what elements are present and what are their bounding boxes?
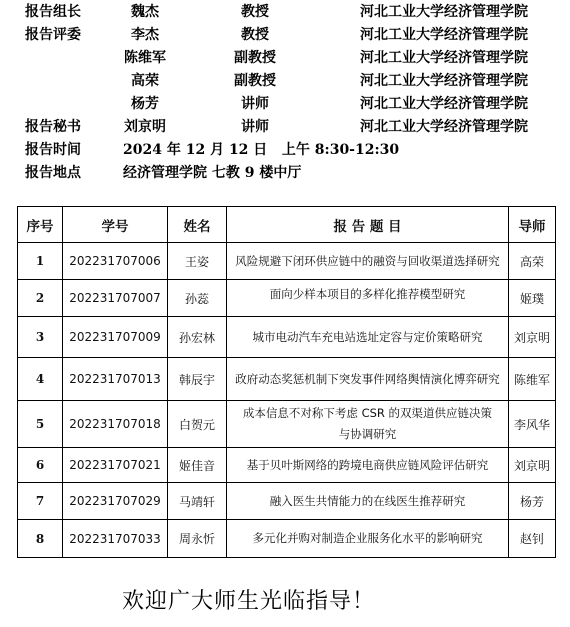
committee-row: 高荣 副教授 河北工业大学经济管理学院 xyxy=(0,70,570,93)
member-affiliation: 河北工业大学经济管理学院 xyxy=(360,116,528,139)
member-name: 刘京明 xyxy=(123,116,167,139)
table-row: 5 202231707018 白贺元 成本信息不对称下考虑 CSR 的双渠道供应… xyxy=(18,401,556,448)
cell-name: 马靖轩 xyxy=(168,483,227,520)
cell-topic: 面向少样本项目的多样化推荐模型研究 xyxy=(227,280,509,317)
cell-student-id: 202231707021 xyxy=(63,448,168,483)
cell-advisor: 刘京明 xyxy=(509,317,556,358)
member-affiliation: 河北工业大学经济管理学院 xyxy=(360,1,528,24)
member-affiliation: 河北工业大学经济管理学院 xyxy=(360,47,528,70)
cell-seq: 6 xyxy=(18,448,63,483)
cell-topic: 基于贝叶斯网络的跨境电商供应链风险评估研究 xyxy=(227,448,509,483)
time-value: 2024 年 12 月 12 日 上午 8:30-12:30 xyxy=(123,139,399,162)
table-header-row: 序号 学号 姓名 报 告 题 目 导师 xyxy=(18,207,556,243)
cell-advisor: 杨芳 xyxy=(509,483,556,520)
cell-advisor: 姬璞 xyxy=(509,280,556,317)
cell-student-id: 202231707033 xyxy=(63,520,168,558)
member-title: 讲师 xyxy=(226,116,284,139)
cell-topic: 政府动态奖惩机制下突发事件网络舆情演化博弈研究 xyxy=(227,358,509,401)
cell-student-id: 202231707006 xyxy=(63,243,168,280)
cell-seq: 4 xyxy=(18,358,63,401)
member-title: 教授 xyxy=(226,24,284,47)
table-row: 3 202231707009 孙宏林 城市电动汽车充电站选址定容与定价策略研究 … xyxy=(18,317,556,358)
member-title: 副教授 xyxy=(226,47,284,70)
committee-row: 报告组长 魏杰 教授 河北工业大学经济管理学院 xyxy=(0,1,570,24)
member-name: 魏杰 xyxy=(123,1,167,24)
cell-seq: 1 xyxy=(18,243,63,280)
cell-advisor: 李风华 xyxy=(509,401,556,448)
cell-student-id: 202231707013 xyxy=(63,358,168,401)
time-label: 报告时间 xyxy=(25,139,81,162)
cell-name: 王姿 xyxy=(168,243,227,280)
cell-topic: 多元化并购对制造企业服务化水平的影响研究 xyxy=(227,520,509,558)
cell-advisor: 刘京明 xyxy=(509,448,556,483)
member-affiliation: 河北工业大学经济管理学院 xyxy=(360,93,528,116)
cell-topic: 融入医生共情能力的在线医生推荐研究 xyxy=(227,483,509,520)
cell-student-id: 202231707009 xyxy=(63,317,168,358)
member-name: 李杰 xyxy=(123,24,167,47)
member-affiliation: 河北工业大学经济管理学院 xyxy=(360,70,528,93)
table-row: 7 202231707029 马靖轩 融入医生共情能力的在线医生推荐研究 杨芳 xyxy=(18,483,556,520)
committee-row: 陈维军 副教授 河北工业大学经济管理学院 xyxy=(0,47,570,70)
cell-advisor: 陈维军 xyxy=(509,358,556,401)
table-row: 6 202231707021 姬佳音 基于贝叶斯网络的跨境电商供应链风险评估研究… xyxy=(18,448,556,483)
committee-row: 报告秘书 刘京明 讲师 河北工业大学经济管理学院 xyxy=(0,116,570,139)
cell-seq: 7 xyxy=(18,483,63,520)
member-title: 教授 xyxy=(226,1,284,24)
role-label: 报告评委 xyxy=(25,24,81,47)
member-title: 副教授 xyxy=(226,70,284,93)
header-advisor: 导师 xyxy=(509,207,556,243)
committee-row: 报告评委 李杰 教授 河北工业大学经济管理学院 xyxy=(0,24,570,47)
cell-name: 孙蕊 xyxy=(168,280,227,317)
cell-student-id: 202231707018 xyxy=(63,401,168,448)
table-row: 8 202231707033 周永忻 多元化并购对制造企业服务化水平的影响研究 … xyxy=(18,520,556,558)
committee-row: 杨芳 讲师 河北工业大学经济管理学院 xyxy=(0,93,570,116)
cell-topic: 风险规避下闭环供应链中的融资与回收渠道选择研究 xyxy=(227,243,509,280)
cell-seq: 2 xyxy=(18,280,63,317)
cell-topic: 城市电动汽车充电站选址定容与定价策略研究 xyxy=(227,317,509,358)
role-label: 报告组长 xyxy=(25,1,81,24)
header-name: 姓名 xyxy=(168,207,227,243)
member-name: 杨芳 xyxy=(123,93,167,116)
member-title: 讲师 xyxy=(226,93,284,116)
table-row: 4 202231707013 韩辰宇 政府动态奖惩机制下突发事件网络舆情演化博弈… xyxy=(18,358,556,401)
cell-seq: 5 xyxy=(18,401,63,448)
member-name: 陈维军 xyxy=(123,47,167,70)
cell-name: 周永忻 xyxy=(168,520,227,558)
cell-student-id: 202231707007 xyxy=(63,280,168,317)
location-label: 报告地点 xyxy=(25,162,81,185)
welcome-message: 欢迎广大师生光临指导！ xyxy=(122,584,375,615)
cell-name: 孙宏林 xyxy=(168,317,227,358)
header-seq: 序号 xyxy=(18,207,63,243)
cell-name: 姬佳音 xyxy=(168,448,227,483)
location-row: 报告地点 经济管理学院 七教 9 楼中厅 xyxy=(0,162,570,185)
member-name: 高荣 xyxy=(123,70,167,93)
cell-advisor: 高荣 xyxy=(509,243,556,280)
location-value: 经济管理学院 七教 9 楼中厅 xyxy=(123,162,301,185)
cell-name: 韩辰宇 xyxy=(168,358,227,401)
cell-advisor: 赵钊 xyxy=(509,520,556,558)
report-schedule-table: 序号 学号 姓名 报 告 题 目 导师 1 202231707006 王姿 风险… xyxy=(17,206,556,558)
cell-name: 白贺元 xyxy=(168,401,227,448)
table-row: 1 202231707006 王姿 风险规避下闭环供应链中的融资与回收渠道选择研… xyxy=(18,243,556,280)
header-student-id: 学号 xyxy=(63,207,168,243)
time-row: 报告时间 2024 年 12 月 12 日 上午 8:30-12:30 xyxy=(0,139,570,162)
role-label: 报告秘书 xyxy=(25,116,81,139)
cell-topic: 成本信息不对称下考虑 CSR 的双渠道供应链决策与协调研究 xyxy=(227,401,509,448)
cell-student-id: 202231707029 xyxy=(63,483,168,520)
table-row: 2 202231707007 孙蕊 面向少样本项目的多样化推荐模型研究 姬璞 xyxy=(18,280,556,317)
cell-seq: 8 xyxy=(18,520,63,558)
header-topic: 报 告 题 目 xyxy=(227,207,509,243)
member-affiliation: 河北工业大学经济管理学院 xyxy=(360,24,528,47)
cell-seq: 3 xyxy=(18,317,63,358)
